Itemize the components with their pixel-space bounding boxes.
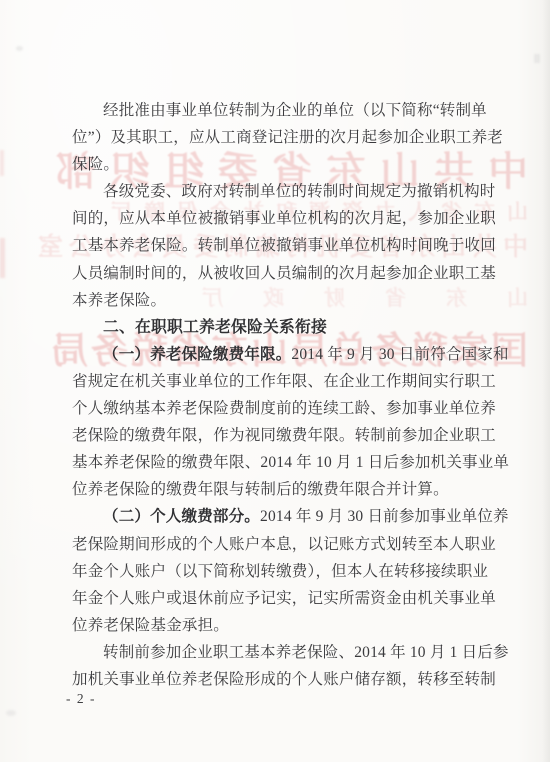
text-line: 各级党委、政府对转制单位的转制时间规定为撤销机构时	[72, 178, 492, 205]
text-run: 2014 年 9 月 30 日前符合国家和	[291, 346, 508, 363]
text-run: 年金个人账户（以下简称划转缴费），但本人在转移接续职业	[72, 563, 488, 580]
section-heading: 二、在职职工养老保险关系衔接	[72, 314, 492, 341]
text-line: 位养老保险的缴费年限与转制后的缴费年限合并计算。	[72, 476, 492, 503]
text-run: 老保险期间形成的个人账户本息，以记账方式划转至本人职业	[72, 536, 496, 553]
text-line: 本养老保险。	[72, 287, 492, 314]
text-line: 间的，应从本单位被撤销事业单位机构的次月起，参加企业职	[72, 205, 492, 232]
text-run: 经批准由事业单位转制为企业的单位（以下简称“转制单	[103, 102, 487, 119]
text-line: 工基本养老保险。转制单位被撤销事业单位机构时间晚于收回	[72, 232, 492, 259]
text-line: 加机关事业单位养老保险形成的个人账户储存额，转移至转制	[72, 666, 492, 693]
text-run: 基本养老保险的缴费年限、2014 年 10 月 1 日后参加机关事业单	[72, 454, 509, 471]
text-line: 基本养老保险的缴费年限、2014 年 10 月 1 日后参加机关事业单	[72, 449, 492, 476]
document-lines: 经批准由事业单位转制为企业的单位（以下简称“转制单位”）及其职工，应从工商登记注…	[72, 97, 492, 693]
page-number: - 2 -	[66, 691, 96, 707]
bold-text-run: （二）个人缴费部分。	[103, 508, 260, 525]
bleedthrough-fragment	[0, 150, 4, 176]
text-run: 保险。	[72, 156, 119, 173]
scan-speck	[534, 54, 540, 63]
text-run: 位养老保险的缴费年限与转制后的缴费年限合并计算。	[72, 481, 449, 498]
text-run: 各级党委、政府对转制单位的转制时间规定为撤销机构时	[103, 183, 496, 200]
bold-text-run: 二、在职职工养老保险关系衔接	[103, 319, 327, 336]
document-page: 中共山东省委组织部山东省人力资源和社会保障厅中共山东省委机构编制委员会办公室山东…	[0, 0, 550, 762]
text-run: 个人缴纳基本养老保险费制度前的连续工龄、参加事业单位养	[72, 400, 496, 417]
bleedthrough-fragment	[0, 238, 5, 278]
text-line: （一）养老保险缴费年限。2014 年 9 月 30 日前符合国家和	[72, 341, 492, 368]
text-line: 位养老保险基金承担。	[72, 612, 492, 639]
text-run: 位”）及其职工，应从工商登记注册的次月起参加企业职工养老	[72, 129, 503, 146]
text-line: 省规定在机关事业单位的工作年限、在企业工作期间实行职工	[72, 368, 492, 395]
text-run: 省规定在机关事业单位的工作年限、在企业工作期间实行职工	[72, 373, 496, 390]
text-run: 加机关事业单位养老保险形成的个人账户储存额，转移至转制	[72, 671, 496, 688]
text-run: 转制前参加企业职工基本养老保险、2014 年 10 月 1 日后参	[103, 644, 509, 661]
text-run: 本养老保险。	[72, 292, 166, 309]
text-line: 老保险的缴费年限，作为视同缴费年限。转制前参加企业职工	[72, 422, 492, 449]
text-line: 保险。	[72, 151, 492, 178]
text-run: 间的，应从本单位被撤销事业单位机构的次月起，参加企业职	[72, 210, 496, 227]
bold-text-run: （一）养老保险缴费年限。	[103, 346, 291, 363]
text-run: 老保险的缴费年限，作为视同缴费年限。转制前参加企业职工	[72, 427, 496, 444]
scan-speck	[16, 46, 23, 51]
scan-speck	[6, 710, 16, 716]
text-line: 经批准由事业单位转制为企业的单位（以下简称“转制单	[72, 97, 492, 124]
text-line: 位”）及其职工，应从工商登记注册的次月起参加企业职工养老	[72, 124, 492, 151]
text-run: 人员编制时间的，从被收回人员编制的次月起参加企业职工基	[72, 265, 496, 282]
text-run: 位养老保险基金承担。	[72, 617, 229, 634]
text-line: 转制前参加企业职工基本养老保险、2014 年 10 月 1 日后参	[72, 639, 492, 666]
text-line: 年金个人账户或退休前应予记实，记实所需资金由机关事业单	[72, 585, 492, 612]
text-line: 个人缴纳基本养老保险费制度前的连续工龄、参加事业单位养	[72, 395, 492, 422]
text-line: 人员编制时间的，从被收回人员编制的次月起参加企业职工基	[72, 260, 492, 287]
text-line: 老保险期间形成的个人账户本息，以记账方式划转至本人职业	[72, 531, 492, 558]
text-line: 年金个人账户（以下简称划转缴费），但本人在转移接续职业	[72, 558, 492, 585]
text-run: 工基本养老保险。转制单位被撤销事业单位机构时间晚于收回	[72, 237, 496, 254]
scan-edge-shadow	[542, 0, 550, 762]
text-run: 年金个人账户或退休前应予记实，记实所需资金由机关事业单	[72, 590, 496, 607]
text-line: （二）个人缴费部分。2014 年 9 月 30 日前参加事业单位养	[72, 503, 492, 530]
text-run: 2014 年 9 月 30 日前参加事业单位养	[260, 508, 509, 525]
